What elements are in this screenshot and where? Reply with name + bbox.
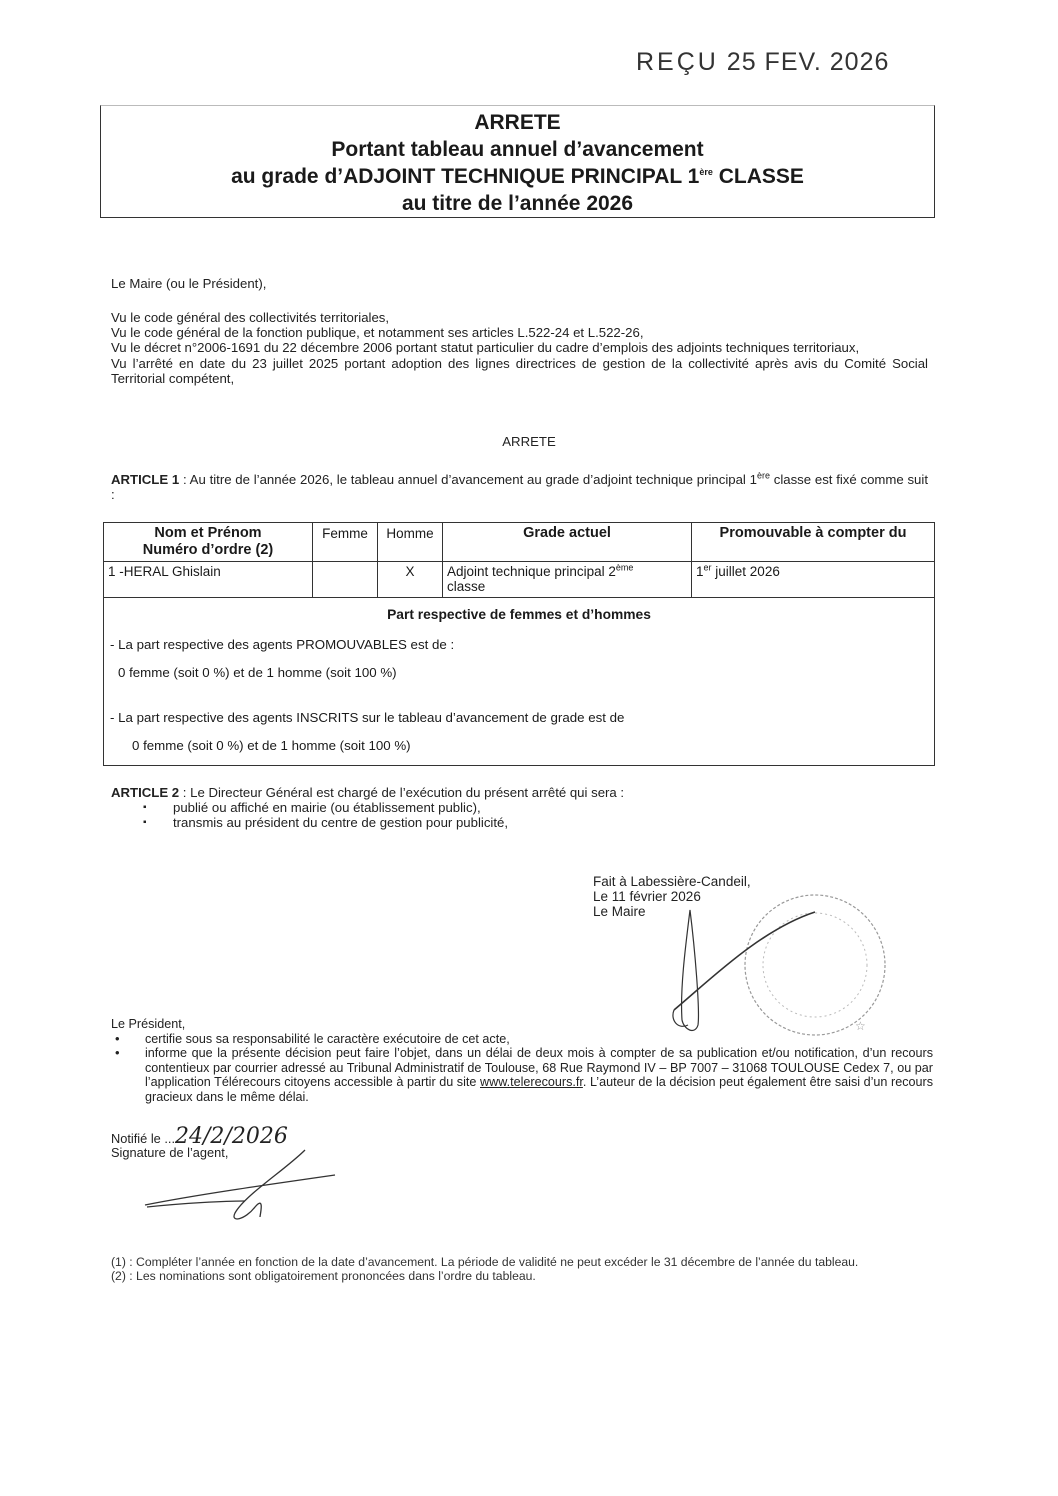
article-2: ARTICLE 2 : Le Directeur Général est cha… [111, 785, 928, 831]
inscrits-value: 0 femme (soit 0 %) et de 1 homme (soit 1… [132, 738, 411, 753]
official-seal-icon: ☆ [745, 895, 885, 1035]
advancement-table: Nom et PrénomNuméro d’ordre (2) Femme Ho… [103, 522, 935, 598]
cell-homme: X [378, 562, 443, 598]
mayor-signature-icon [673, 910, 815, 1030]
promouvables-label: - La part respective des agents PROMOUVA… [110, 637, 454, 652]
vu-list: Vu le code général des collectivités ter… [111, 310, 928, 386]
table-row: 1 -HERAL Ghislain X Adjoint technique pr… [104, 562, 935, 598]
list-item: publié ou affiché en mairie (ou établiss… [111, 800, 928, 815]
article-2-list: publié ou affiché en mairie (ou établiss… [111, 800, 928, 830]
telerecours-link[interactable]: www.telerecours.fr [480, 1075, 583, 1089]
president-section: Le Président, certifie sous sa responsab… [111, 1017, 933, 1104]
cell-date: 1er juillet 2026 [692, 562, 935, 598]
footnote-1: (1) : Compléter l’année en fonction de l… [111, 1255, 935, 1269]
inscrits-label: - La part respective des agents INSCRITS… [110, 710, 624, 725]
signature-place: Fait à Labessière-Candeil, [593, 874, 751, 889]
vu-item: Vu l’arrêté en date du 23 juillet 2025 p… [111, 356, 928, 386]
promouvables-value: 0 femme (soit 0 %) et de 1 homme (soit 1… [118, 665, 397, 680]
vu-item: Vu le décret n°2006-1691 du 22 décembre … [111, 340, 928, 355]
cell-grade: Adjoint technique principal 2ème classe [443, 562, 692, 598]
salutation: Le Maire (ou le Président), [111, 276, 928, 291]
cell-name: 1 -HERAL Ghislain [104, 562, 313, 598]
header-name: Nom et PrénomNuméro d’ordre (2) [104, 523, 313, 562]
header-femme: Femme [313, 523, 378, 562]
header-homme: Homme [378, 523, 443, 562]
title-box: ARRETE Portant tableau annuel d’avanceme… [100, 105, 935, 218]
agent-signature-icon [135, 1145, 355, 1230]
article-2-label: ARTICLE 2 [111, 785, 179, 800]
reception-stamp: REÇU 25 FEV. 2026 [636, 48, 889, 77]
list-item: certifie sous sa responsabilité le carac… [111, 1032, 933, 1047]
list-item: informe que la présente décision peut fa… [111, 1046, 933, 1104]
gender-share-heading: Part respective de femmes et d’hommes [104, 607, 934, 622]
vu-item: Vu le code général de la fonction publiq… [111, 325, 928, 340]
stamp-recu: REÇU [636, 48, 719, 76]
footnote-2: (2) : Les nominations sont obligatoireme… [111, 1269, 935, 1283]
header-promouvable: Promouvable à compter du [692, 523, 935, 562]
president-heading: Le Président, [111, 1017, 933, 1032]
table-header-row: Nom et PrénomNuméro d’ordre (2) Femme Ho… [104, 523, 935, 562]
article-1: ARTICLE 1 : Au titre de l’année 2026, le… [111, 472, 928, 502]
list-item: transmis au président du centre de gesti… [111, 815, 928, 830]
footnotes: (1) : Compléter l’année en fonction de l… [111, 1255, 935, 1283]
vu-item: Vu le code général des collectivités ter… [111, 310, 928, 325]
stamp-date: 25 FEV. 2026 [727, 48, 890, 76]
president-list: certifie sous sa responsabilité le carac… [111, 1032, 933, 1105]
title-line-4: au titre de l’année 2026 [101, 190, 934, 217]
title-line-1: ARRETE [101, 109, 934, 136]
gender-share-box: Part respective de femmes et d’hommes - … [103, 597, 935, 766]
cell-femme [313, 562, 378, 598]
header-grade: Grade actuel [443, 523, 692, 562]
title-line-2: Portant tableau annuel d’avancement [101, 136, 934, 163]
article-1-label: ARTICLE 1 [111, 472, 179, 487]
title-line-3: au grade d’ADJOINT TECHNIQUE PRINCIPAL 1… [101, 163, 934, 190]
notification-label: Notifié le ... [111, 1131, 175, 1146]
arrete-heading: ARRETE [0, 434, 1058, 449]
